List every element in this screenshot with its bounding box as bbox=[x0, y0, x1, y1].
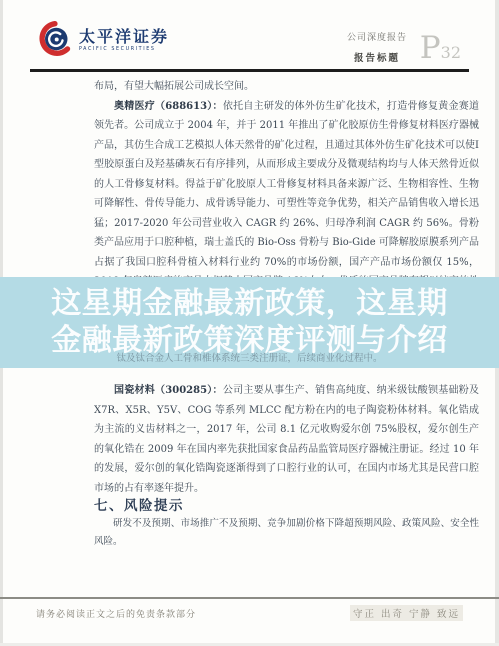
header-divider bbox=[30, 69, 469, 72]
risk-section-heading: 七、风险提示 bbox=[94, 494, 184, 514]
paragraph-guoci-text: 公司主要从事生产、销售高纯度、纳米级钛酸钡基础粉及 X7R、X5R、Y5V、CO… bbox=[94, 385, 479, 494]
footer-divider bbox=[0, 597, 499, 599]
intro-line: 布局，有望大幅拓展公司成长空间。 bbox=[94, 77, 479, 97]
pacific-securities-logo-icon bbox=[36, 20, 72, 62]
banner-title-line2: 金融最新政策深度评测与介绍 bbox=[0, 322, 499, 359]
brand-name-en: PACIFIC SECURITIES bbox=[79, 48, 169, 53]
risk-section-text: 研发不及预期、市场推广不及预期、竞争加剧价格下降超预期风险、政策风险、安全性风险… bbox=[94, 515, 479, 551]
company-name-aojing: 奥精医疗（688613）： bbox=[114, 101, 223, 112]
brand-name-cn: 太平洋证券 bbox=[79, 29, 169, 45]
paragraph-guoci: 国瓷材料（300285）：公司主要从事生产、销售高纯度、纳米级钛酸钡基础粉及 X… bbox=[94, 381, 479, 498]
page-number-value: 32 bbox=[441, 43, 461, 62]
paragraph-aojing-text: 依托自主研发的体外仿生矿化技术，打造骨修复黄金赛道领先者。公司成立于 2004 … bbox=[94, 101, 479, 307]
footer-slogan: 守正 出奇 宁静 致远 bbox=[350, 605, 463, 621]
header-report-labels: 公司深度报告 报告标题 bbox=[347, 30, 407, 64]
page-number-prefix: P bbox=[420, 30, 441, 66]
body-text-lower: 国瓷材料（300285）：公司主要从事生产、销售高纯度、纳米级钛酸钡基础粉及 X… bbox=[94, 381, 479, 498]
banner-title: 这星期金融最新政策，这星期 金融最新政策深度评测与介绍 bbox=[0, 285, 499, 359]
report-title-label: 报告标题 bbox=[347, 50, 407, 64]
report-page: 太平洋证券 PACIFIC SECURITIES 公司深度报告 报告标题 P32… bbox=[0, 0, 499, 646]
body-text-upper: 布局，有望大幅拓展公司成长空间。 奥精医疗（688613）：依托自主研发的体外仿… bbox=[94, 77, 479, 311]
brand-name: 太平洋证券 PACIFIC SECURITIES bbox=[79, 29, 169, 53]
banner-title-line1: 这星期金融最新政策，这星期 bbox=[0, 285, 499, 322]
company-name-guoci: 国瓷材料（300285）： bbox=[114, 385, 223, 396]
brand-logo: 太平洋证券 PACIFIC SECURITIES bbox=[36, 20, 169, 62]
promo-banner-overlay: 钛及钛合金人工骨和椎体系统三类注册证，后续商业化过程中。 这星期金融最新政策，这… bbox=[0, 277, 499, 368]
footer-disclaimer: 请务必阅读正文之后的免责条款部分 bbox=[36, 607, 196, 620]
report-type-label: 公司深度报告 bbox=[347, 30, 407, 43]
page-number: P32 bbox=[420, 30, 461, 66]
